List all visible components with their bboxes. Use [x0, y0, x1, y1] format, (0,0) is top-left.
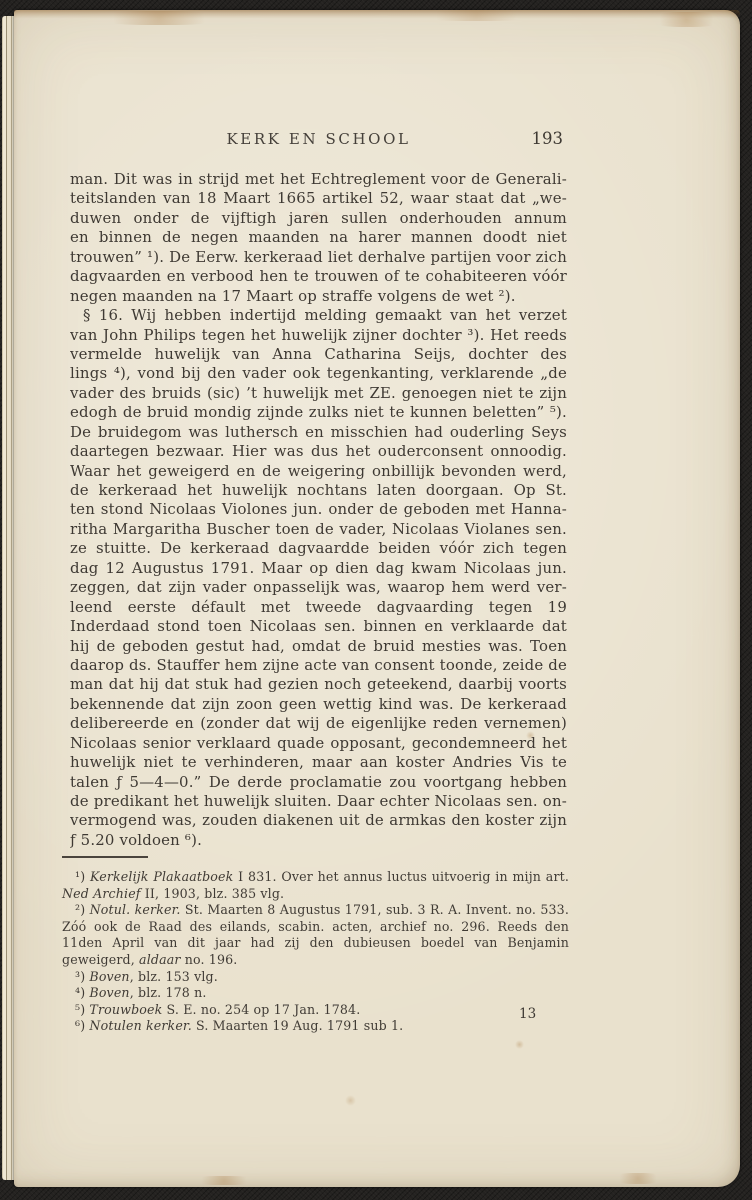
footnote-text: ⁶) [75, 1018, 89, 1033]
body-line: vermogend was, zouden diakenen uit de ar… [70, 811, 567, 830]
footnote-italic-text: Boven [89, 985, 129, 1000]
footnote-text: no. 196. [181, 952, 238, 967]
footnote-text: I 831. Over het annus luctus uitvoerig i… [233, 869, 569, 884]
footnote-text: , blz. 178 n. [130, 985, 207, 1000]
signature-number: 13 [519, 1006, 536, 1022]
body-line: teitslanden van 18 Maart 1665 artikel 52… [70, 189, 567, 208]
body-line: lings ⁴), vond bij den vader ook tegenka… [70, 364, 567, 383]
stain-spot [612, 1173, 664, 1184]
body-line: dagvaarden en verbood hen te trouwen of … [70, 267, 567, 286]
body-line: delibereerde en (zonder dat wij de eigen… [70, 714, 567, 733]
body-line: vermelde huwelijk van Anna Catharina Sei… [70, 345, 567, 364]
book-scan: KERK EN SCHOOL 193 man. Dit was in strij… [0, 0, 752, 1200]
body-line: ritha Margaritha Buscher toen de vader, … [70, 520, 567, 539]
body-line: ƒ 5.20 voldoen ⁶). [70, 831, 567, 850]
stain-spot [515, 1040, 524, 1049]
footnote-rule [62, 856, 148, 858]
stain-spot [94, 11, 224, 25]
body-line: bekennende dat zijn zoon geen wettig kin… [70, 695, 567, 714]
body-line: man dat hij dat stuk had gezien noch get… [70, 675, 567, 694]
stain-spot [649, 12, 724, 27]
body-line: de kerkeraad het huwelijk nochtans laten… [70, 481, 567, 500]
body-line: daarop ds. Stauffer hem zijne acte van c… [70, 656, 567, 675]
body-line: trouwen” ¹). De Eerw. kerkeraad liet der… [70, 248, 567, 267]
page-number: 193 [532, 130, 564, 148]
body-line: hij de geboden gestut had, omdat de brui… [70, 637, 567, 656]
body-line: de predikant het huwelijk sluiten. Daar … [70, 792, 567, 811]
footnote-text: ⁵) [75, 1002, 89, 1017]
footnote-italic-text: Boven [89, 969, 129, 984]
body-line: talen ƒ 5—4—0.” De derde proclamatie zou… [70, 773, 567, 792]
footnote-italic-text: Notul. kerker. [90, 902, 181, 917]
footnotes: ¹) Kerkelijk Plakaatboek I 831. Over het… [62, 869, 569, 1035]
page-header: KERK EN SCHOOL 193 [70, 130, 567, 150]
footnote-text: S. E. no. 254 op 17 Jan. 1784. [162, 1002, 360, 1017]
footnote-italic-text: Kerkelijk Plakaatboek [90, 869, 233, 884]
footnote-text: ³) [75, 969, 89, 984]
stain-spot [419, 10, 534, 21]
running-title: KERK EN SCHOOL [70, 130, 567, 148]
body-line: van John Philips tegen het huwelijk zijn… [70, 326, 567, 345]
footnote-text: ¹) [75, 869, 90, 884]
body-line: De bruidegom was luthersch en misschien … [70, 423, 567, 442]
body-line: duwen onder de vijftigh jaren sullen ond… [70, 209, 567, 228]
body-line: man. Dit was in strijd met het Echtregle… [70, 170, 567, 189]
body-line: huwelijk niet te verhinderen, maar aan k… [70, 753, 567, 772]
stain-spot [192, 1176, 256, 1185]
body-line: Inderdaad stond toen Nicolaas sen. binne… [70, 617, 567, 636]
body-line: leend eerste défault met tweede dagvaard… [70, 598, 567, 617]
body-line: dag 12 Augustus 1791. Maar op dien dag k… [70, 559, 567, 578]
footnote-text: S. Maarten 19 Aug. 1791 sub 1. [192, 1018, 403, 1033]
body-line: edogh de bruid mondig zijnde zulks niet … [70, 403, 567, 422]
footnote-italic-text: Trouwboek [89, 1002, 162, 1017]
stain-spot [345, 1095, 356, 1106]
body-text: man. Dit was in strijd met het Echtregle… [70, 170, 567, 850]
book-page: KERK EN SCHOOL 193 man. Dit was in strij… [14, 10, 740, 1187]
body-line: ten stond Nicolaas Violones jun. onder d… [70, 500, 567, 519]
body-line: daartegen bezwaar. Hier was dus het oude… [70, 442, 567, 461]
body-line: § 16. Wij hebben indertijd melding gemaa… [70, 306, 567, 325]
paragraph: § 16. Wij hebben indertijd melding gemaa… [70, 306, 567, 850]
body-line: negen maanden na 17 Maart op straffe vol… [70, 287, 567, 306]
body-line: ze stuitte. De kerkeraad dagvaardde beid… [70, 539, 567, 558]
footnote: ⁶) Notulen kerker. S. Maarten 19 Aug. 17… [62, 1018, 569, 1035]
footnote-text: ²) [75, 902, 90, 917]
body-line: zeggen, dat zijn vader onpasselijk was, … [70, 578, 567, 597]
paragraph: man. Dit was in strijd met het Echtregle… [70, 170, 567, 306]
footnote-italic-text: aldaar [139, 952, 181, 967]
footnote-italic-text: Notulen kerker. [89, 1018, 191, 1033]
body-line: Nicolaas senior verklaard quade opposant… [70, 734, 567, 753]
footnote-text: , blz. 153 vlg. [130, 969, 218, 984]
footnote: ¹) Kerkelijk Plakaatboek I 831. Over het… [62, 869, 569, 902]
footnote-italic-text: Ned Archief [62, 886, 141, 901]
footnote: ²) Notul. kerker. St. Maarten 8 Augustus… [62, 902, 569, 968]
body-line: en binnen de negen maanden na harer mann… [70, 228, 567, 247]
footnote-text: II, 1903, blz. 385 vlg. [141, 886, 285, 901]
footnote: ⁵) Trouwboek S. E. no. 254 op 17 Jan. 17… [62, 1002, 569, 1019]
footnote: ⁴) Boven, blz. 178 n. [62, 985, 569, 1002]
body-line: Waar het geweigerd en de weigering onbil… [70, 462, 567, 481]
footnote-text: ⁴) [75, 985, 89, 1000]
body-line: vader des bruids (sic) ’t huwelijk met Z… [70, 384, 567, 403]
footnote: ³) Boven, blz. 153 vlg. [62, 969, 569, 986]
